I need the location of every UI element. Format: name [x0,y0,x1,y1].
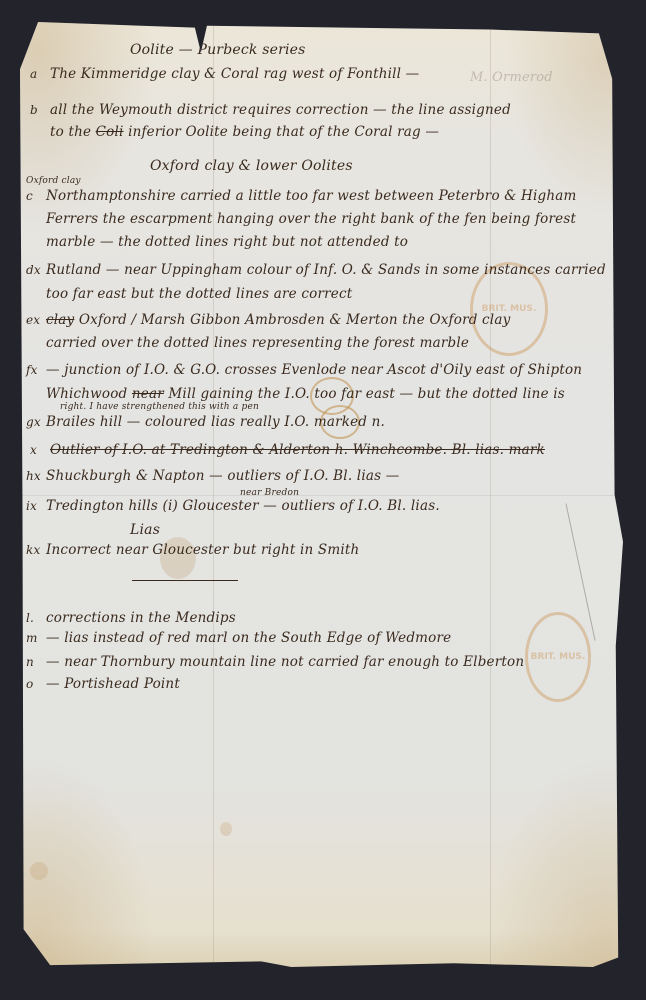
note-line-struck: xOutlier of I.O. at Tredington & Alderto… [30,442,545,458]
note-mark: dx [26,263,46,277]
note-line-c: cNorthamptonshire carried a little too f… [26,188,576,204]
note-mark: ex [26,313,46,327]
note-text: Northamptonshire carried a little too fa… [46,188,576,204]
struck-text: clay [46,312,74,328]
note-text: to the [50,124,91,140]
struck-text: Coli [96,124,124,140]
note-line-n: n— near Thornbury mountain line not carr… [26,654,524,670]
note-mark: c [26,189,46,203]
note-line-i: ixTredington hills (i) Gloucester — outl… [26,498,440,514]
section-heading-oolite: Oolite — Purbeck series [130,42,306,58]
note-mark: hx [26,469,46,483]
note-line-k: kxIncorrect near Gloucester but right in… [26,542,359,558]
note-line-m: m— lias instead of red marl on the South… [26,630,451,646]
note-mark: m [26,631,46,645]
note-line-e: exclay Oxford / Marsh Gibbon Ambrosden &… [26,312,510,328]
section-heading-lias: Lias [130,522,160,538]
divider-rule [132,580,238,581]
interlinear-note: right. I have strengthened this with a p… [60,402,259,412]
note-line-b-cont: to the Coli inferior Oolite being that o… [50,124,439,140]
note-text: Brailes hill — coloured lias really I.O.… [46,414,385,430]
paper-stain [30,862,48,880]
manuscript-page: BRIT. MUS. BRIT. MUS. M. Ormerod Oolite … [20,22,623,967]
note-line-l: l.corrections in the Mendips [26,610,236,626]
note-line-d: dxRutland — near Uppingham colour of Inf… [26,262,606,278]
section-heading-oxford: Oxford clay & lower Oolites [150,158,353,174]
note-mark: n [26,655,46,669]
note-line-f: fx— junction of I.O. & G.O. crosses Even… [26,362,582,378]
note-line-c-cont: marble — the dotted lines right but not … [46,234,408,250]
note-line-o: o— Portishead Point [26,676,180,692]
note-text: all the Weymouth district requires corre… [50,102,511,118]
note-text: Shuckburgh & Napton — outliers of I.O. B… [46,468,399,484]
note-text: — lias instead of red marl on the South … [46,630,451,646]
interlinear-note: Oxford clay [26,176,81,186]
note-mark: b [30,103,50,117]
note-text: — near Thornbury mountain line not carri… [46,654,524,670]
note-text: Whichwood [46,386,127,402]
note-text: Mill gaining the I.O. too far east — but… [168,386,564,402]
note-mark: kx [26,543,46,557]
note-mark: fx [26,363,46,377]
note-line-g: gxBrailes hill — coloured lias really I.… [26,414,385,430]
note-text: Incorrect near Gloucester but right in S… [46,542,359,558]
note-mark: o [26,677,46,691]
note-text: Rutland — near Uppingham colour of Inf. … [46,262,606,278]
struck-text: Outlier of I.O. at Tredington & Alderton… [50,442,545,458]
interlinear-note: near Bredon [240,488,299,498]
struck-text: near [132,386,164,402]
note-text: — junction of I.O. & G.O. crosses Evenlo… [46,362,582,378]
note-line-b: ball the Weymouth district requires corr… [30,102,511,118]
note-line-c-cont: Ferrers the escarpment hanging over the … [46,211,576,227]
paper-stain [220,822,232,836]
note-text: corrections in the Mendips [46,610,236,626]
note-line-a: aThe Kimmeridge clay & Coral rag west of… [30,66,419,82]
note-text: inferior Oolite being that of the Coral … [128,124,439,140]
note-mark: gx [26,415,46,429]
note-mark: x [30,443,50,457]
fold-line [20,495,623,496]
note-mark: l. [26,611,46,625]
note-line-d-cont: too far east but the dotted lines are co… [46,286,352,302]
library-stamp: BRIT. MUS. [525,612,591,702]
note-line-f-cont: Whichwood near Mill gaining the I.O. too… [46,386,565,402]
note-mark: a [30,67,50,81]
note-text: Oxford / Marsh Gibbon Ambrosden & Merton… [79,312,511,328]
note-mark: ix [26,499,46,513]
note-text: Tredington hills (i) Gloucester — outlie… [46,498,440,514]
note-line-h: hxShuckburgh & Napton — outliers of I.O.… [26,468,399,484]
note-text: The Kimmeridge clay & Coral rag west of … [50,66,419,82]
bleedthrough-text: M. Ormerod [470,70,553,85]
note-line-e-cont: carried over the dotted lines representi… [46,335,469,351]
note-text: — Portishead Point [46,676,180,692]
